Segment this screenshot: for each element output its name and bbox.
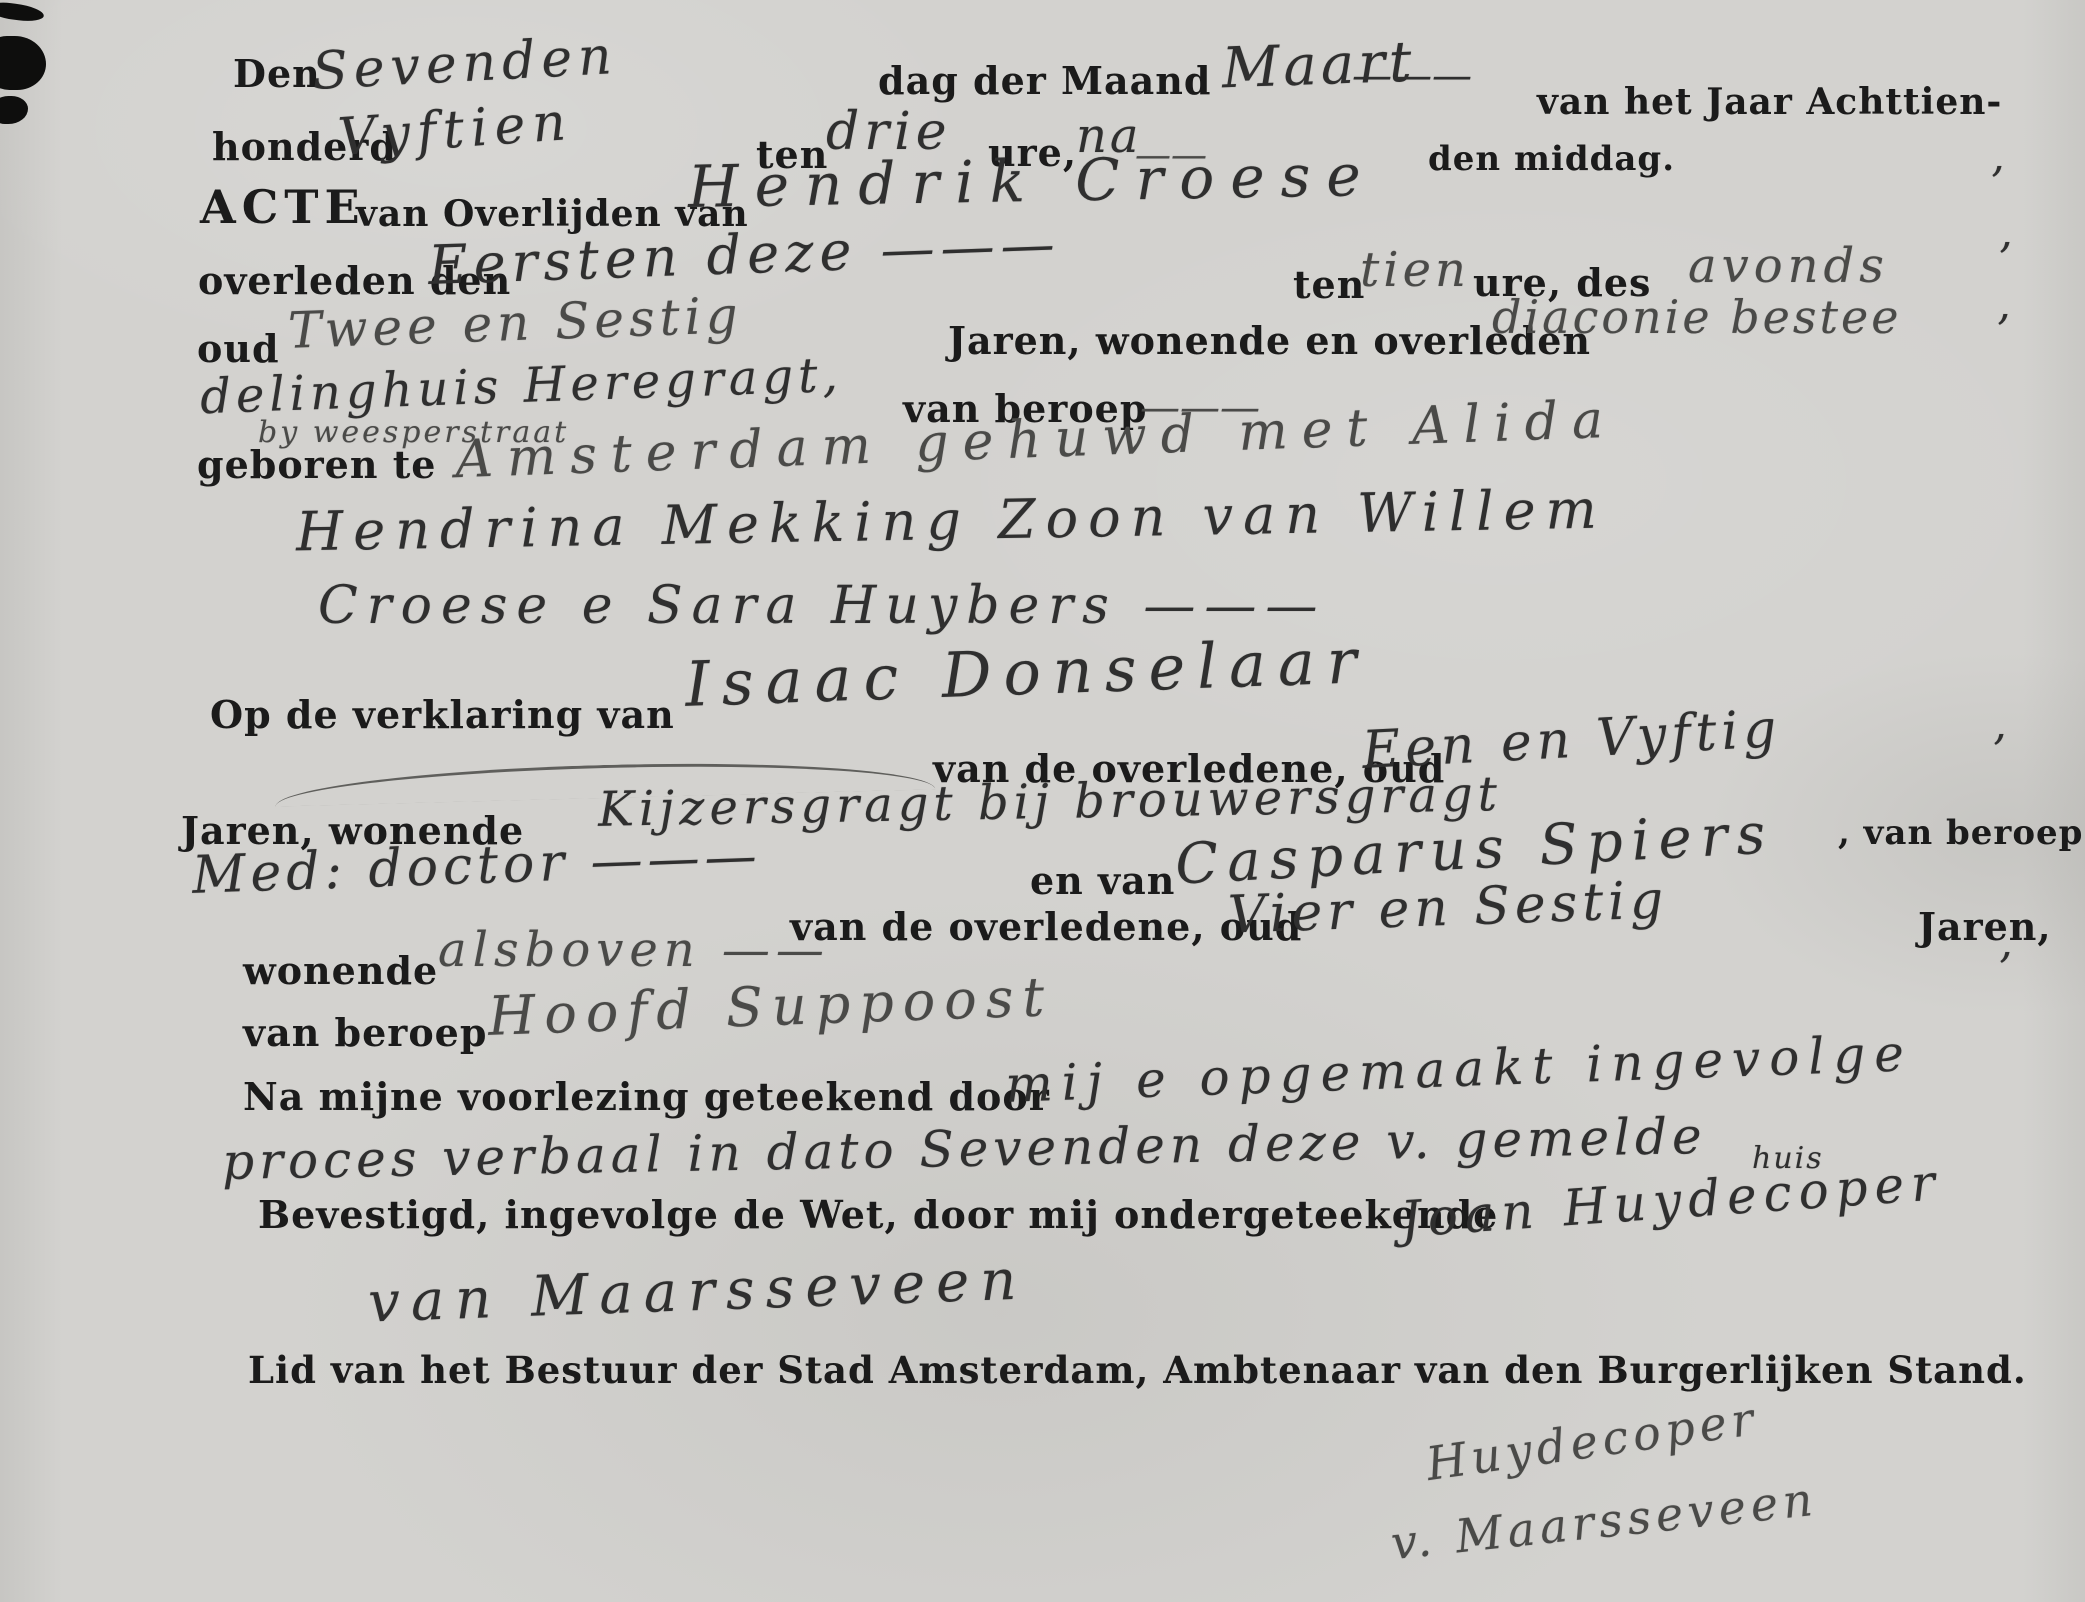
ink-mark-comma: ’ [1992,730,2006,774]
handwritten-closing-line2: proces verbaal in dato Sevenden deze v. … [222,1111,1707,1187]
printed-geboren-te-label: geboren te [197,446,436,484]
ink-dash: ——— [1352,56,1472,96]
scan-artifact-blob [0,36,46,90]
printed-van-beroep2-label: , van beroep [1838,816,2083,850]
handwritten-deceased-name: Hendrik Croese [688,146,1378,216]
printed-dag-der-maand-label: dag der Maand [878,62,1212,100]
printed-oud-label: oud [197,330,280,368]
printed-den-label: Den [233,55,321,93]
handwritten-witness2-occupation: Hoofd Suppoost [487,970,1054,1044]
handwritten-official-name: Joan Huydecoper [1399,1157,1943,1245]
handwritten-year: Vyftien [336,96,574,164]
signature-line1: Huydecoper [1423,1395,1761,1487]
handwritten-parents-line: Croese e Sara Huybers ——— [318,580,1326,632]
printed-acte-label: ACTE [200,184,366,230]
ink-mark-comma: ’ [1998,238,2012,282]
printed-ten2-label: ten [1293,266,1365,304]
handwritten-age: Twee en Sestig [287,290,743,356]
scan-artifact-blob [0,96,28,124]
printed-overledene-oud2-label: van de overledene, oud [790,908,1302,946]
ink-mark-comma: ’ [1998,948,2012,992]
handwritten-official-name2: van Maarsseveen [367,1253,1028,1332]
printed-den-middag-label: den middag. [1428,142,1675,176]
handwritten-residence-line2: delinghuis Heregragt, [199,351,843,421]
printed-en-van-label: en van [1030,862,1175,900]
printed-jaren2-label: Jaren, [1918,908,2052,946]
printed-wonende-label: wonende [243,952,438,990]
printed-op-de-verklaring-label: Op de verklaring van [210,696,675,734]
handwritten-witness1-name: Isaac Donselaar [684,630,1369,716]
handwritten-official-note: huis [1752,1144,1824,1174]
signature-line2: v. Maarsseveen [1389,1476,1820,1567]
handwritten-spouse-line: Hendrina Mekking Zoon van Willem [296,483,1607,560]
handwritten-day-of-month: Sevenden [311,30,619,98]
handwritten-witness2-age: Vier en Sestig [1227,874,1669,941]
printed-lid-label: Lid van het Bestuur der Stad Amsterdam, … [248,1352,2027,1389]
handwritten-death-hour: tien [1360,246,1470,294]
ink-mark-comma: ’ [1996,310,2010,354]
handwritten-witness1-age: Een en Vyftig [1361,703,1783,777]
scan-artifact-blob [0,1,45,23]
handwritten-closing-line1: mij e opgemaakt ingevolge [1004,1028,1913,1110]
handwritten-death-daypart: avonds [1688,242,1889,290]
ink-mark-comma: ’ [1990,162,2004,206]
printed-van-beroep3-label: van beroep [243,1014,487,1052]
printed-bevestigd-label: Bevestigd, ingevolge de Wet, door mij on… [258,1196,1498,1234]
handwritten-witness2-residence: alsboven —— [438,926,830,974]
printed-van-het-jaar-label: van het Jaar Achttien- [1537,84,2002,120]
printed-na-mijne-label: Na mijne voorlezing geteekend door [243,1078,1050,1116]
handwritten-residence-line1: diaconie bestee [1492,294,1901,340]
death-certificate-scan: Den Sevenden dag der Maand Maart ——— van… [0,0,2085,1602]
